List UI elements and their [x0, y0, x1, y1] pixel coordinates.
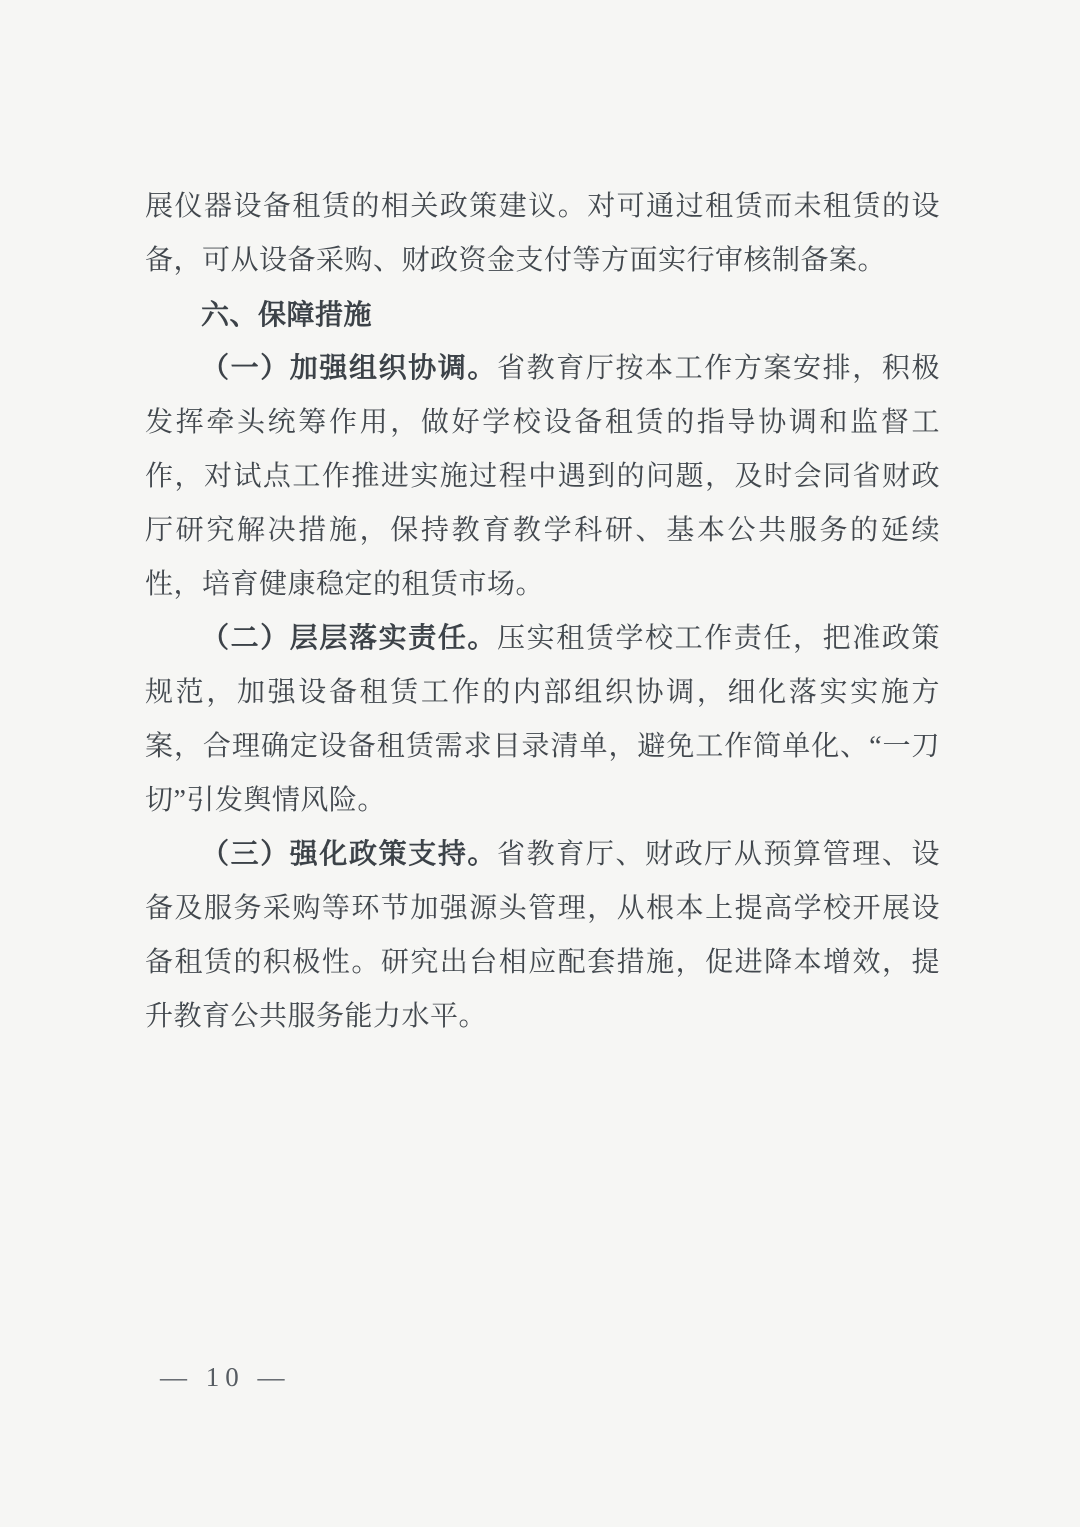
- section-heading: 六、保障措施: [145, 288, 940, 342]
- document-body: 展仪器设备租赁的相关政策建议。对可通过租赁而未租赁的设备，可从设备采购、财政资金…: [145, 180, 940, 1044]
- item-1-body: 省教育厅按本工作方案安排，积极发挥牵头统筹作用，做好学校设备租赁的指导协调和监督…: [145, 353, 940, 600]
- item-3-lead: （三）强化政策支持。: [201, 839, 497, 870]
- paragraph-item-2: （二）层层落实责任。压实租赁学校工作责任，把准政策规范，加强设备租赁工作的内部组…: [145, 612, 940, 828]
- paragraph-item-1: （一）加强组织协调。省教育厅按本工作方案安排，积极发挥牵头统筹作用，做好学校设备…: [145, 342, 940, 612]
- paragraph-continuation: 展仪器设备租赁的相关政策建议。对可通过租赁而未租赁的设备，可从设备采购、财政资金…: [145, 180, 940, 288]
- item-1-lead: （一）加强组织协调。: [201, 353, 497, 384]
- page-number: — 10 —: [160, 1352, 291, 1402]
- item-2-lead: （二）层层落实责任。: [201, 623, 497, 654]
- document-page: 展仪器设备租赁的相关政策建议。对可通过租赁而未租赁的设备，可从设备采购、财政资金…: [0, 0, 1080, 1527]
- paragraph-item-3: （三）强化政策支持。省教育厅、财政厅从预算管理、设备及服务采购等环节加强源头管理…: [145, 828, 940, 1044]
